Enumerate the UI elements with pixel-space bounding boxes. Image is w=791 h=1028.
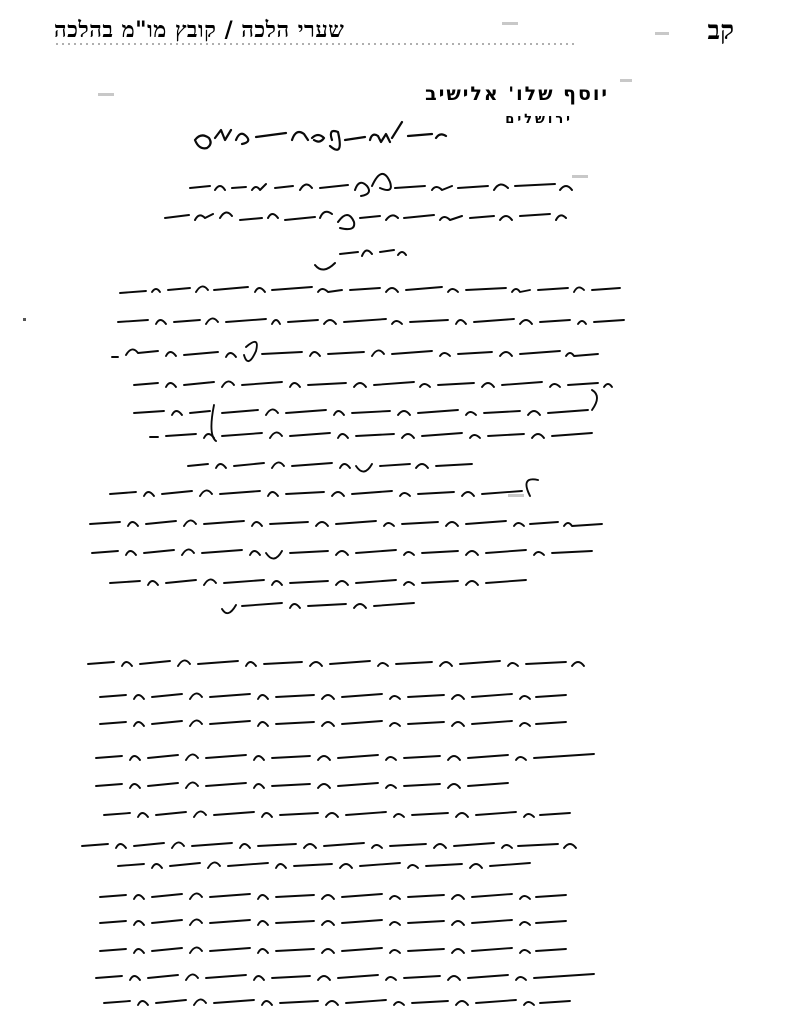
scanned-page: קב שערי הלכה / קובץ מו"מ בהלכה יוסף שלו'… xyxy=(0,0,791,1028)
main-text-lines xyxy=(82,286,624,1005)
salutation-line xyxy=(195,122,446,150)
greeting-lines xyxy=(165,174,572,270)
handwritten-letter-body xyxy=(0,0,791,1028)
